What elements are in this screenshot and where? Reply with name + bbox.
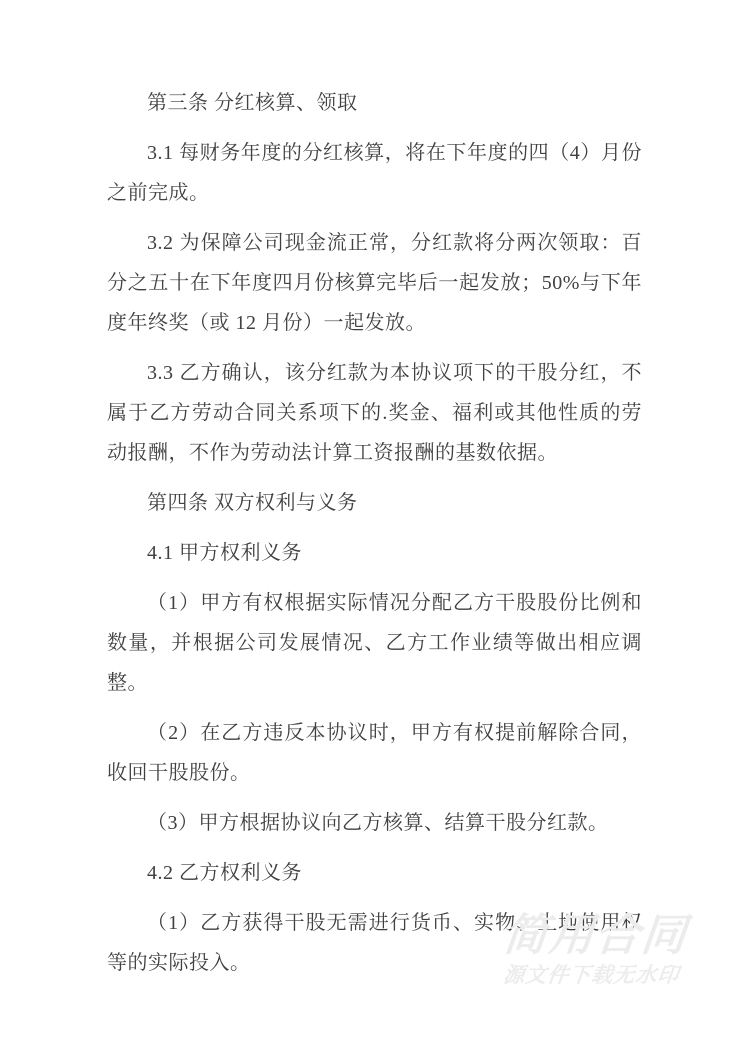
document-page: 第三条 分红核算、领取 3.1 每财务年度的分红核算，将在下年度的四（4）月份之… xyxy=(0,0,742,1049)
watermark-subtitle: 源文件下载无水印 xyxy=(498,963,685,988)
watermark-logo-text: 简用合同 xyxy=(501,912,690,960)
clause-4-2-heading: 4.2 乙方权利义务 xyxy=(107,853,642,893)
clause-4-1-heading: 4.1 甲方权利义务 xyxy=(107,533,642,573)
clause-4-heading: 第四条 双方权利与义务 xyxy=(107,483,642,523)
clause-3-3: 3.3 乙方确认，该分红款为本协议项下的干股分红，不属于乙方劳动合同关系项下的.… xyxy=(107,353,642,473)
clause-4-1-item-2: （2）在乙方违反本协议时，甲方有权提前解除合同，收回干股股份。 xyxy=(107,713,642,793)
clause-4-1-item-3: （3）甲方根据协议向乙方核算、结算干股分红款。 xyxy=(107,803,642,843)
watermark: 简用合同 源文件下载无水印 xyxy=(498,912,690,988)
clause-3-heading: 第三条 分红核算、领取 xyxy=(107,83,642,123)
clause-4-1-item-1: （1）甲方有权根据实际情况分配乙方干股股份比例和数量，并根据公司发展情况、乙方工… xyxy=(107,583,642,703)
contract-body: 第三条 分红核算、领取 3.1 每财务年度的分红核算，将在下年度的四（4）月份之… xyxy=(0,0,742,983)
clause-3-1: 3.1 每财务年度的分红核算，将在下年度的四（4）月份之前完成。 xyxy=(107,133,642,213)
clause-3-2: 3.2 为保障公司现金流正常，分红款将分两次领取：百分之五十在下年度四月份核算完… xyxy=(107,223,642,343)
